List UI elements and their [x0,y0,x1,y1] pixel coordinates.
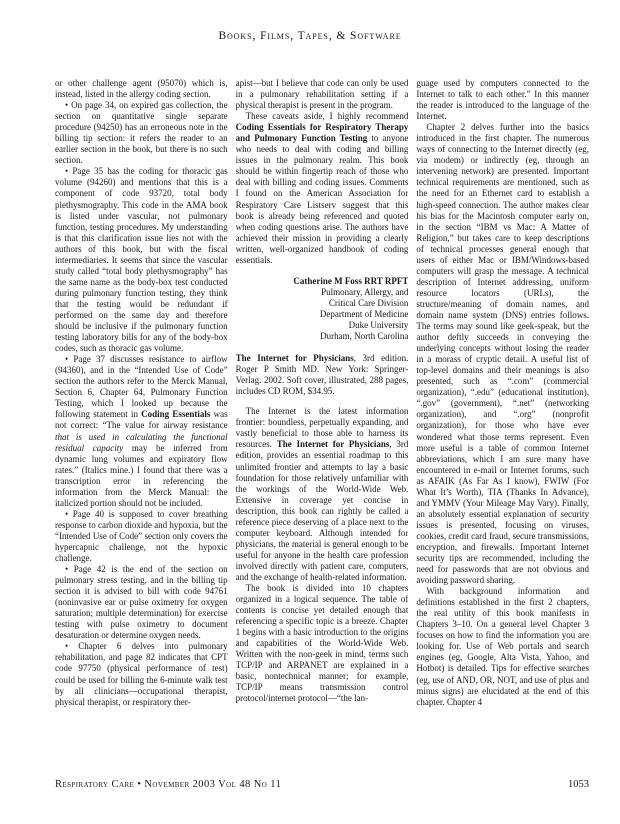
paragraph: These caveats aside, I highly recommend … [236,111,409,266]
column-2: apist—but I believe that code can only b… [236,78,409,772]
signature-line: Duke University [236,320,409,331]
paragraph: With background information and definiti… [416,586,589,708]
signature-line: Critical Care Division [236,298,409,309]
text-columns: or other challenge agent (95070) which i… [55,78,589,772]
signature-block: Catherine M Foss RRT RPFTPulmonary, Alle… [236,276,409,342]
paragraph: Chapter 2 delves further into the basics… [416,122,589,586]
signature-line: Department of Medicine [236,309,409,320]
column-1: or other challenge agent (95070) which i… [55,78,228,772]
paragraph: The book is divided into 10 chapters org… [236,583,409,705]
paragraph: • Page 37 discusses resistance to airflo… [55,354,228,509]
paragraph: apist—but I believe that code can only b… [236,78,409,111]
paragraph: The Internet is the latest information f… [236,406,409,583]
book-citation: The Internet for Physicians, 3rd edition… [236,353,409,397]
paragraph: guage used by computers connected to the… [416,78,589,122]
page-footer: Respiratory Care • November 2003 Vol 48 … [55,779,589,790]
signature-line: Pulmonary, Allergy, and [236,287,409,298]
running-head-title: Books, Films, Tapes, & Software [0,30,620,42]
paragraph: • On page 34, on expired gas collection,… [55,100,228,166]
paragraph: • Page 40 is supposed to cover breathing… [55,509,228,564]
signature-line: Durham, North Carolina [236,331,409,342]
page-number: 1053 [568,779,589,790]
signature-line: Catherine M Foss RRT RPFT [236,276,409,287]
journal-citation-footer: Respiratory Care • November 2003 Vol 48 … [55,779,281,790]
paragraph: or other challenge agent (95070) which i… [55,78,228,100]
paragraph: • Page 42 is the end of the section on p… [55,564,228,641]
paragraph: • Page 35 has the coding for thoracic ga… [55,166,228,354]
paragraph: • Chapter 6 delves into pulmonary rehabi… [55,641,228,707]
column-3: guage used by computers connected to the… [416,78,589,772]
